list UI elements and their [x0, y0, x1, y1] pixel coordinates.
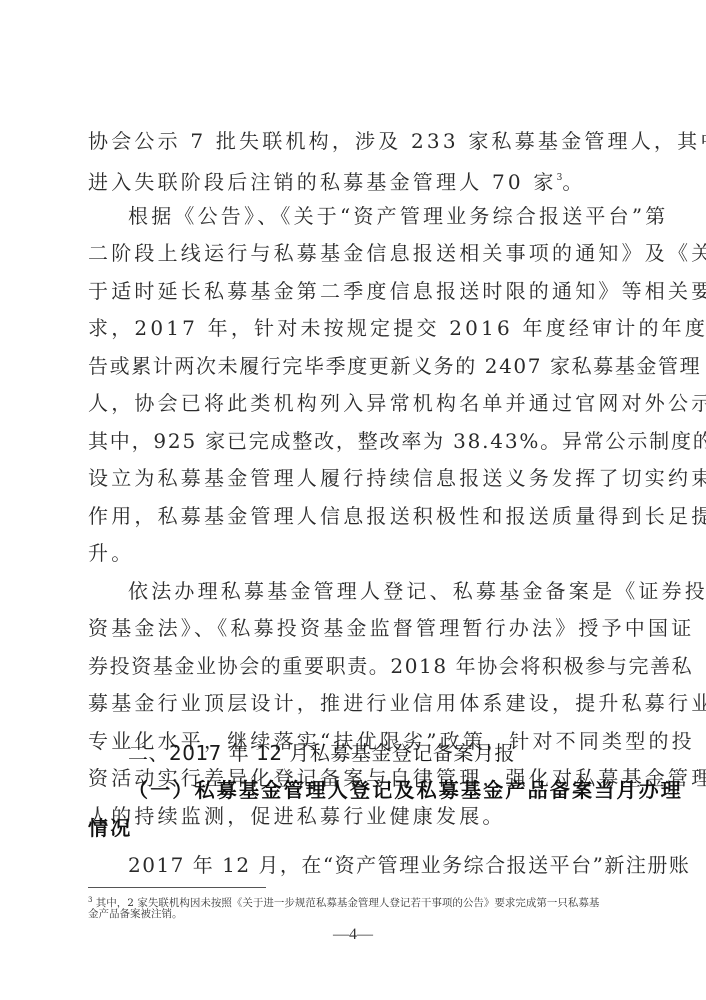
- body-line-12: 升。: [88, 541, 633, 565]
- body-line-8: 人，协会已将此类机构列入异常机构名单并通过官网对外公示，: [88, 391, 633, 415]
- subsection-heading-line-2: 情况: [88, 816, 633, 840]
- body-last-line: 2017 年 12 月，在“资产管理业务综合报送平台”新注册账: [128, 853, 633, 877]
- body-line-5: 于适时延长私募基金第二季度信息报送时限的通知》等相关要: [88, 279, 633, 303]
- body-line-15: 券投资基金业协会的重要职责。2018 年协会将积极参与完善私: [88, 654, 633, 678]
- body-line-16: 募基金行业顶层设计，推进行业信用体系建设，提升私募行业: [88, 691, 633, 715]
- body-line-10: 设立为私募基金管理人履行持续信息报送义务发挥了切实约束: [88, 466, 633, 490]
- body-line-2: 进入失联阶段后注销的私募基金管理人 70 家3。: [88, 166, 633, 194]
- body-line-13: 依法办理私募基金管理人登记、私募基金备案是《证券投: [128, 579, 633, 603]
- footnote-divider: [88, 887, 266, 888]
- document-page: 协会公示 7 批失联机构，涉及 233 家私募基金管理人，其中， 进入失联阶段后…: [0, 0, 706, 1000]
- subsection-heading-line-1: （一）私募基金管理人登记及私募基金产品备案当月办理: [128, 778, 633, 802]
- body-line-2-text: 进入失联阶段后注销的私募基金管理人 70 家: [88, 170, 557, 194]
- body-line-6: 求，2017 年，针对未按规定提交 2016 年度经审计的年度财务报: [88, 316, 633, 340]
- body-line-3: 根据《公告》、《关于“资产管理业务综合报送平台”第: [128, 204, 633, 228]
- body-line-7: 告或累计两次未履行完毕季度更新义务的 2407 家私募基金管理: [88, 354, 633, 378]
- body-line-1: 协会公示 7 批失联机构，涉及 233 家私募基金管理人，其中，: [88, 129, 633, 153]
- page-number: —4—: [0, 926, 706, 944]
- body-line-9: 其中，925 家已完成整改，整改率为 38.43%。异常公示制度的: [88, 429, 633, 453]
- body-line-2-tail: 。: [562, 170, 585, 194]
- section-heading: 二、2017 年 12 月私募基金登记备案月报: [128, 741, 633, 765]
- body-line-4: 二阶段上线运行与私募基金信息报送相关事项的通知》及《关: [88, 241, 633, 265]
- footnote-line-2: 金产品备案被注销。: [88, 907, 628, 921]
- body-line-14: 资基金法》、《私募投资基金监督管理暂行办法》授予中国证: [88, 616, 633, 640]
- body-line-11: 作用，私募基金管理人信息报送积极性和报送质量得到长足提: [88, 504, 633, 528]
